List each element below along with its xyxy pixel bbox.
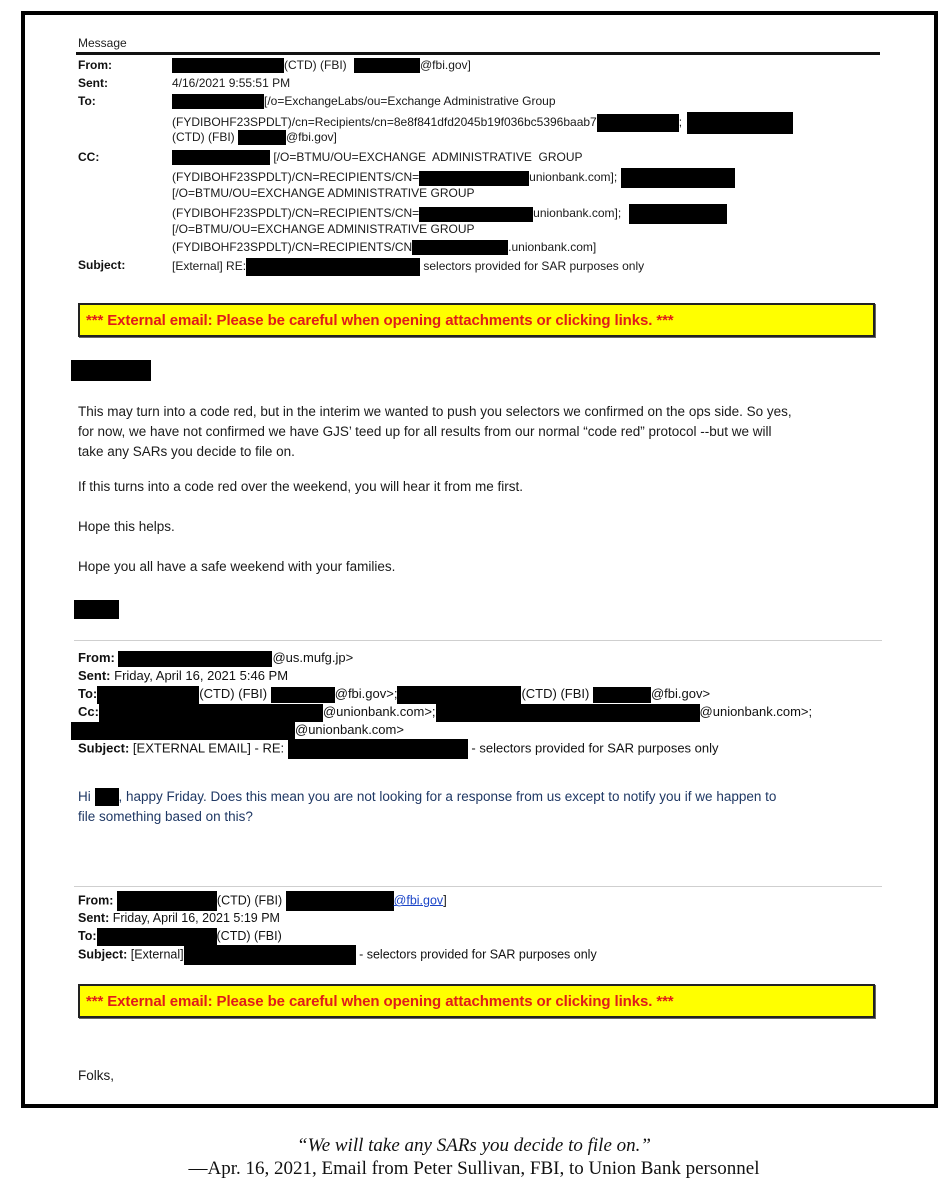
email1-cc-line2: (FYDIBOHF23SPDLT)/CN=RECIPIENTS/CN=union… [172,168,735,188]
email1-cc-line3: [/O=BTMU/OU=EXCHANGE ADMINISTRATIVE GROU… [172,186,475,200]
banner-text: *** External email: Please be careful wh… [86,312,674,329]
email1-to-line1: [/o=ExchangeLabs/ou=Exchange Administrat… [172,94,556,109]
email3-greeting: Folks, [78,1066,114,1086]
from-label: From: [78,650,115,665]
subject-label: Subject: [78,740,129,755]
cc-label: Cc: [78,704,99,719]
cc-domain: .unionbank.com] [508,240,596,254]
redaction [97,686,199,704]
redaction [597,114,679,132]
to-org: (CTD) (FBI) [199,686,267,701]
from-domain: @us.mufg.jp> [272,650,353,665]
redaction [172,58,284,73]
message-header-rule [76,52,880,55]
subject-prefix: [External] [131,947,184,961]
cc-address: (FYDIBOHF23SPDLT)/CN=RECIPIENTS/CN [172,240,412,254]
redaction [71,722,295,740]
external-email-warning-banner: *** External email: Please be careful wh… [78,303,875,337]
redaction [184,945,356,965]
redaction [95,788,119,806]
email-divider [74,886,882,887]
email1-cc-line4: (FYDIBOHF23SPDLT)/CN=RECIPIENTS/CN=union… [172,204,727,224]
email1-from-label: From: [78,58,112,72]
redaction [118,651,272,667]
email1-body-paragraph1: This may turn into a code red, but in th… [78,402,792,462]
email3-sent-line: Sent: Friday, April 16, 2021 5:19 PM [78,909,280,927]
subject-prefix: [External] RE: [172,259,246,273]
email2-body: Hi , happy Friday. Does this mean you ar… [78,787,776,827]
email1-to-line3: (CTD) (FBI) @fbi.gov] [172,130,337,145]
bracket: ] [443,893,446,907]
greeting: Hi [78,789,91,804]
redaction [172,94,264,109]
email-link[interactable]: @fbi.gov [394,893,444,907]
email1-sent-value: 4/16/2021 9:55:51 PM [172,76,290,90]
sent-label: Sent: [78,911,109,925]
cc-domain: unionbank.com]; [529,170,617,184]
redaction [117,891,217,911]
redaction [286,891,394,911]
redaction [621,168,735,188]
body-line: file something based on this? [78,807,776,827]
to-domain: @fbi.gov] [286,130,337,144]
body-line: take any SARs you decide to file on. [78,442,792,462]
email2-subject-line: Subject: [EXTERNAL EMAIL] - RE: - select… [78,739,719,759]
redaction [97,928,217,946]
email3-from-line: From: (CTD) (FBI) @fbi.gov] [78,891,447,911]
redaction-signature [74,600,119,619]
body-line: Hi , happy Friday. Does this mean you ar… [78,787,776,807]
body-text: , happy Friday. Does this mean you are n… [119,789,777,804]
email3-to-line: To:(CTD) (FBI) [78,927,282,946]
to-address: (FYDIBOHF23SPDLT)/cn=Recipients/cn=8e8f8… [172,115,597,129]
subject-label: Subject: [78,947,127,961]
cc-domain: unionbank.com]; [533,206,621,220]
body-line: This may turn into a code red, but in th… [78,402,792,422]
cc-address: [/O=BTMU/OU=EXCHANGE ADMINISTRATIVE GROU… [273,150,582,164]
email1-from-value: (CTD) (FBI) @fbi.gov] [172,58,471,73]
redaction [271,687,335,703]
redaction [687,112,793,134]
caption-attribution: —Apr. 16, 2021, Email from Peter Sulliva… [0,1158,948,1180]
redaction [412,240,508,255]
banner-text: *** External email: Please be careful wh… [86,993,674,1010]
email1-body-paragraph4: Hope you all have a safe weekend with yo… [78,557,395,577]
email1-subject-value: [External] RE: selectors provided for SA… [172,258,644,276]
body-line: for now, we have not confirmed we have G… [78,422,792,442]
cc-domain: @unionbank.com>; [700,704,813,719]
redaction [354,58,420,73]
from-org: (CTD) (FBI) [217,893,282,907]
redaction [419,207,533,222]
email3-subject-line: Subject: [External] - selectors provided… [78,945,597,965]
cc-domain: @unionbank.com>; [323,704,436,719]
to-org: (CTD) (FBI) [521,686,589,701]
sent-value: Friday, April 16, 2021 5:19 PM [113,911,280,925]
email2-from-line: From: @us.mufg.jp> [78,649,353,667]
email1-sent-label: Sent: [78,76,108,90]
to-org: (CTD) (FBI) [172,130,235,144]
subject-prefix: [EXTERNAL EMAIL] - RE: [133,740,284,755]
redaction [419,171,529,186]
redaction [288,739,468,759]
subject-text: selectors provided for SAR purposes only [423,259,644,273]
to-org: (CTD) (FBI) [217,929,282,943]
redaction [436,704,700,722]
email2-cc-line2: @unionbank.com> [71,721,404,740]
email2-to-line: To:(CTD) (FBI) @fbi.gov>;(CTD) (FBI) @fb… [78,685,710,704]
email2-sent-line: Sent: Friday, April 16, 2021 5:46 PM [78,667,288,685]
to-label: To: [78,929,97,943]
redaction-salutation [71,360,151,381]
email2-cc-line: Cc:@unionbank.com>;@unionbank.com>; [78,703,812,722]
redaction [246,258,420,276]
caption-quote: “We will take any SARs you decide to fil… [0,1135,948,1157]
sent-value: Friday, April 16, 2021 5:46 PM [114,668,288,683]
redaction [172,150,270,165]
redaction [99,704,323,722]
redaction [629,204,727,224]
redaction [238,130,286,145]
email1-cc-line5: [/O=BTMU/OU=EXCHANGE ADMINISTRATIVE GROU… [172,222,475,236]
cc-address: (FYDIBOHF23SPDLT)/CN=RECIPIENTS/CN= [172,206,419,220]
external-email-warning-banner-2: *** External email: Please be careful wh… [78,984,875,1018]
email1-cc-line1: [/O=BTMU/OU=EXCHANGE ADMINISTRATIVE GROU… [172,150,583,165]
email1-body-paragraph3: Hope this helps. [78,517,175,537]
subject-text: - selectors provided for SAR purposes on… [471,740,718,755]
email1-to-label: To: [78,94,96,108]
from-domain: @fbi.gov] [420,58,471,72]
from-org: (CTD) (FBI) [284,58,347,72]
to-domain: @fbi.gov>; [335,686,398,701]
sent-label: Sent: [78,668,111,683]
separator: ; [679,115,682,129]
email1-cc-label: CC: [78,150,99,164]
cc-address: (FYDIBOHF23SPDLT)/CN=RECIPIENTS/CN= [172,170,419,184]
to-domain: @fbi.gov> [651,686,710,701]
to-label: To: [78,686,97,701]
to-address: [/o=ExchangeLabs/ou=Exchange Administrat… [264,94,556,108]
subject-text: - selectors provided for SAR purposes on… [359,947,597,961]
from-label: From: [78,893,113,907]
redaction [593,687,651,703]
email-divider [74,640,882,641]
email1-cc-line6: (FYDIBOHF23SPDLT)/CN=RECIPIENTS/CN.union… [172,240,596,255]
cc-domain: @unionbank.com> [295,722,404,737]
redaction [397,686,521,704]
email1-body-paragraph2: If this turns into a code red over the w… [78,477,523,497]
email1-subject-label: Subject: [78,258,125,272]
message-label: Message [78,36,127,50]
